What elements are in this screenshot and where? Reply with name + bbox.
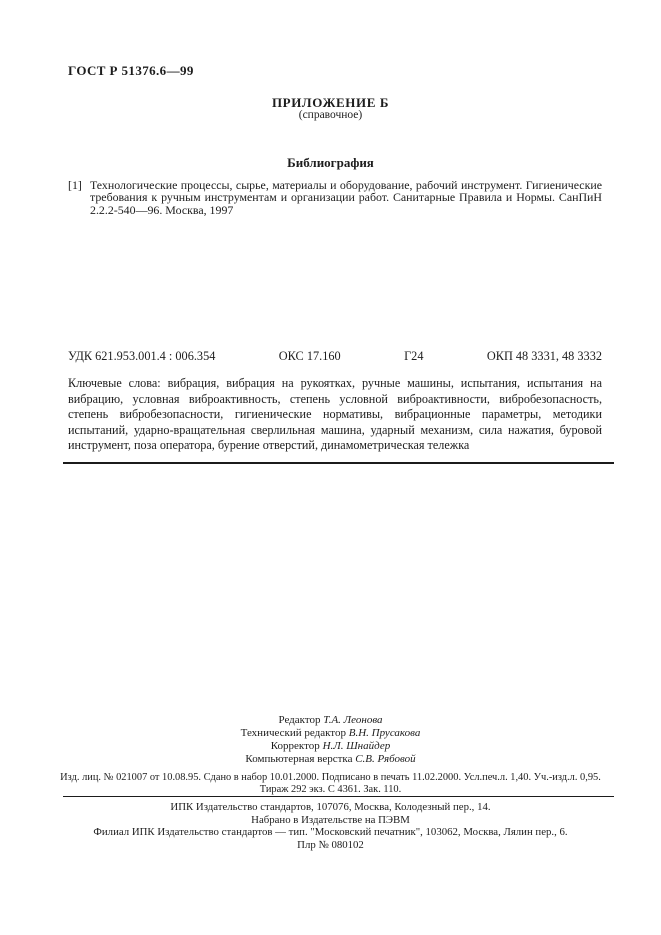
bibliography-title: Библиография [0, 155, 661, 171]
classification-row: УДК 621.953.001.4 : 006.354 ОКС 17.160 Г… [68, 349, 602, 364]
publisher-branch-address: Филиал ИПК Издательство стандартов — тип… [0, 826, 661, 839]
credit-name: Н.Л. Шнайдер [323, 740, 391, 752]
divider-rule-bottom [63, 796, 614, 797]
credit-role: Компьютерная верстка [245, 753, 352, 765]
credits-block: Редактор Т.А. Леонова Технический редакт… [0, 714, 661, 766]
publisher-block: ИПК Издательство стандартов, 107076, Мос… [0, 801, 661, 851]
appendix-subtitle: (справочное) [0, 109, 661, 121]
publisher-typeset-note: Набрано в Издательстве на ПЭВМ [0, 814, 661, 827]
udk-code: УДК 621.953.001.4 : 006.354 [68, 349, 215, 364]
document-page: ГОСТ Р 51376.6—99 ПРИЛОЖЕНИЕ Б (справочн… [0, 0, 661, 935]
publisher-address: ИПК Издательство стандартов, 107076, Мос… [0, 801, 661, 814]
credit-role: Корректор [271, 740, 320, 752]
credit-role: Технический редактор [241, 727, 346, 739]
publisher-license-number: Плр № 080102 [0, 839, 661, 852]
credit-role: Редактор [278, 714, 320, 726]
credit-line-technical-editor: Технический редактор В.Н. Прусакова [0, 727, 661, 740]
credit-line-proofreader: Корректор Н.Л. Шнайдер [0, 740, 661, 753]
divider-rule-top [63, 462, 614, 464]
credit-name: С.В. Рябовой [355, 753, 415, 765]
credit-line-editor: Редактор Т.А. Леонова [0, 714, 661, 727]
credit-name: В.Н. Прусакова [349, 727, 421, 739]
okp-code: ОКП 48 3331, 48 3332 [487, 349, 602, 364]
bibliography-entry-text: Технологические процессы, сырье, материа… [90, 179, 602, 216]
doc-number: ГОСТ Р 51376.6—99 [68, 63, 194, 79]
credit-name: Т.А. Леонова [323, 714, 382, 726]
imprint-print-run-line: Тираж 292 экз. С 4361. Зак. 110. [0, 784, 661, 796]
bibliography-ref-number: [1] [68, 179, 90, 216]
group-code: Г24 [404, 349, 423, 364]
imprint-license-line: Изд. лиц. № 021007 от 10.08.95. Сдано в … [0, 772, 661, 784]
imprint-block: Изд. лиц. № 021007 от 10.08.95. Сдано в … [0, 772, 661, 796]
oks-code: ОКС 17.160 [279, 349, 341, 364]
bibliography-entry: [1] Технологические процессы, сырье, мат… [68, 179, 602, 216]
credit-line-layout: Компьютерная верстка С.В. Рябовой [0, 753, 661, 766]
keywords-paragraph: Ключевые слова: вибрация, вибрация на ру… [68, 376, 602, 454]
